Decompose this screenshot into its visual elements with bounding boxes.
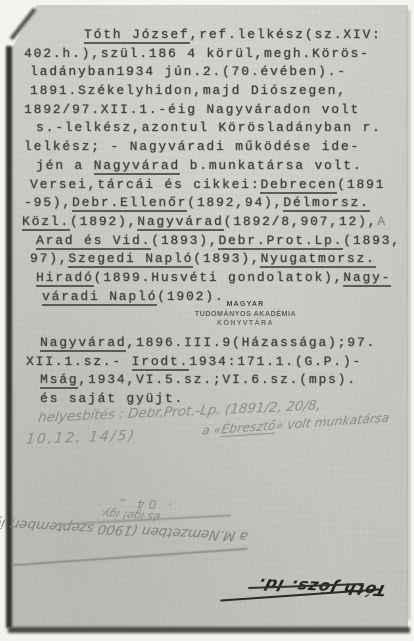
typed-line: Mság,1934,VI.5.sz.;VI.6.sz.(mps). xyxy=(40,371,404,390)
photo-frame: Tóth József,ref.lelkész(sz.XIV:402.h.),s… xyxy=(0,0,414,641)
typed-line: Arad és Vid.(1893),Debr.Prot.Lp.(1893, xyxy=(36,232,404,251)
typed-text-segment: váradi Napló xyxy=(42,289,157,306)
typed-text-segment: Nagyvárad xyxy=(94,158,180,175)
typed-text-segment: (1893, xyxy=(343,233,401,248)
typed-text-segment: Nagyvárad xyxy=(40,335,126,352)
typed-line: 1891.Székelyhidon,majd Diószegen, xyxy=(30,82,404,101)
typed-text-segment: Délmorsz. xyxy=(283,195,369,212)
typed-text-segment: Versei,tárcái és cikkei: xyxy=(30,177,260,192)
typed-text-segment: Debrecen xyxy=(260,177,337,194)
typed-text-segment: Nagyvárad xyxy=(137,214,223,231)
library-stamp: MAGYAR TUDOMÁNYOS AKADÉMIA KÖNYVTÁRA xyxy=(168,300,323,329)
stamp-line: TUDOMÁNYOS AKADÉMIA xyxy=(168,310,323,320)
paper-edge-shadow-bottom xyxy=(8,627,410,633)
typed-line: -95),Debr.Ellenőr(1892,94),Délmorsz. xyxy=(24,194,404,213)
typed-text-segment: jén a xyxy=(36,158,94,173)
typed-text-segment: (1892), xyxy=(70,214,137,229)
typed-text-segment: 402.h.),szül.186 4 körül,megh.Körös- xyxy=(24,46,370,61)
typed-text-segment: ,1934,VI.5.sz.;VI.6.sz.(mps). xyxy=(78,372,356,387)
typed-biography-block: Tóth József,ref.lelkész(sz.XIV:402.h.),s… xyxy=(22,26,404,306)
typed-text-segment: Közl. xyxy=(22,214,70,231)
typed-text-segment: XII.1.sz.- xyxy=(26,354,132,369)
typed-text-segment: ,1896.III.9(Házassága);97. xyxy=(126,335,376,350)
typed-line: 1892/97.XII.1.-éig Nagyváradon volt xyxy=(24,101,404,120)
typed-text-segment: Debr.Ellenőr xyxy=(72,195,187,212)
stamp-line: MAGYAR xyxy=(168,300,323,310)
typed-text-segment: 1891.Székelyhidon,majd Diószegen, xyxy=(30,83,347,98)
typed-text-segment: Arad és Vid. xyxy=(36,233,151,250)
paper-edge-shadow-right xyxy=(408,10,410,620)
typed-text-segment: lelkész; - Nagyváradi működése ide- xyxy=(24,139,360,154)
typed-line: 402.h.),szül.186 4 körül,megh.Körös- xyxy=(24,45,404,64)
typed-text-segment: (1893), xyxy=(193,251,260,266)
typed-line: XII.1.sz.- Irodt.1934:171.1.(G.P.)- xyxy=(26,353,404,372)
typed-text-segment: Irodt. xyxy=(132,354,190,371)
typed-text-segment: A xyxy=(377,214,387,229)
typed-text-segment: s.-lelkész,azontul Körösladányban r. xyxy=(36,120,382,135)
typed-line: Hiradó(1899.Husvéti gondolatok),Nagy- xyxy=(36,269,404,288)
typed-text-segment: Nyugatmorsz. xyxy=(260,251,375,268)
typed-text-segment: -95), xyxy=(24,195,72,210)
typed-text-segment: 1892/97.XII.1.-éig Nagyváradon volt xyxy=(24,102,360,117)
typed-text-segment: (1899.Husvéti gondolatok), xyxy=(94,270,344,285)
typed-text-segment: Mság xyxy=(40,372,78,389)
typed-text-segment: Szegedi Napló xyxy=(68,251,193,268)
typed-text-segment: (1891 xyxy=(337,177,385,192)
typed-text-segment: (1892,94), xyxy=(187,195,283,210)
typed-line: ladányban1934 jún.2.(70.évében).- xyxy=(30,63,404,82)
typed-text-segment: Nagy- xyxy=(343,270,391,287)
typed-line: s.-lelkész,azontul Körösladányban r. xyxy=(36,119,404,138)
typed-text-segment: b.munkatársa volt. xyxy=(180,158,362,173)
typed-text-segment: ,ref.lelkész(sz.XIV: xyxy=(190,27,382,42)
typed-line: 97),Szegedi Napló(1893),Nyugatmorsz. xyxy=(30,250,404,269)
typed-line: Versei,tárcái és cikkei:Debrecen(1891 xyxy=(30,176,404,195)
typed-line: Közl.(1892),Nagyvárad(1892/8,907,12),A xyxy=(22,213,404,232)
typed-text-segment: (1893), xyxy=(151,233,218,248)
typed-text-segment: Hiradó xyxy=(36,270,94,287)
typed-text-segment: 97), xyxy=(30,251,68,266)
stamp-line: KÖNYVTÁRA xyxy=(168,319,323,329)
typed-text-segment: (1892/8,907,12), xyxy=(224,214,378,229)
typed-text-segment: Debr.Prot.Lp. xyxy=(218,233,343,250)
typed-text-segment: ladányban1934 jún.2.(70.évében).- xyxy=(30,64,347,79)
typed-text-segment: 1934:171.1.(G.P.)- xyxy=(189,354,362,369)
typed-line: Tóth József,ref.lelkész(sz.XIV: xyxy=(84,26,404,45)
typed-line: jén a Nagyvárad b.munkatársa volt. xyxy=(36,157,404,176)
paper-edge-shadow-left xyxy=(6,46,12,628)
typed-line: lelkész; - Nagyváradi működése ide- xyxy=(24,138,404,157)
typed-references-block: Nagyvárad,1896.III.9(Házassága);97.XII.1… xyxy=(22,334,404,409)
typed-line: Nagyvárad,1896.III.9(Házassága);97. xyxy=(40,334,404,353)
typed-text-segment: Tóth József xyxy=(84,27,190,44)
